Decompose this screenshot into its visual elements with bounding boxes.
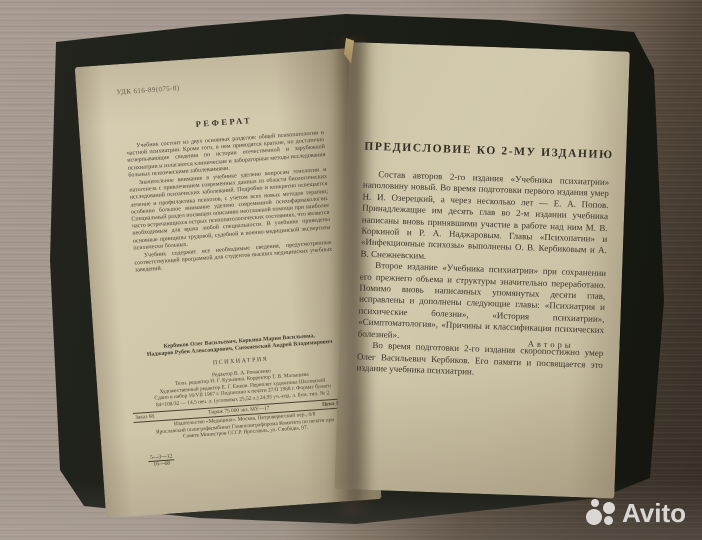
book-photo: УДК 616-89(075-8) РЕФЕРАТ Учебник состои… (0, 0, 702, 540)
preface-paragraph: Второе издание «Учебника психиатрии» при… (358, 260, 607, 348)
order-number: Заказ 68. (135, 413, 156, 420)
right-page: ПРЕДИСЛОВИЕ КО 2-МУ ИЗДАНИЮ Состав автор… (334, 42, 629, 498)
avito-logo-icon (586, 497, 618, 529)
imprint-code: 5—3—12 16—68 (148, 453, 175, 468)
left-page-heading: РЕФЕРАТ (125, 110, 323, 134)
avito-watermark-label: Avito (622, 498, 686, 528)
imprint-denominator: 16—68 (148, 460, 175, 468)
abstract-paragraph: Значительное внимание в учебнике уделено… (129, 167, 332, 253)
preface-signature: Авторы (528, 338, 574, 350)
udk-stamp: УДК 616-89(075-8) (116, 84, 179, 96)
abstract-text: Учебник состоит из двух основных раздело… (126, 130, 333, 276)
avito-watermark: Avito (586, 497, 686, 529)
preface-heading: ПРЕДИСЛОВИЕ КО 2-МУ ИЗДАНИЮ (364, 141, 608, 162)
preface-paragraph: Состав авторов 2-го издания «Учебника пс… (360, 169, 609, 269)
preface-text: Состав авторов 2-го издания «Учебника пс… (356, 169, 609, 383)
